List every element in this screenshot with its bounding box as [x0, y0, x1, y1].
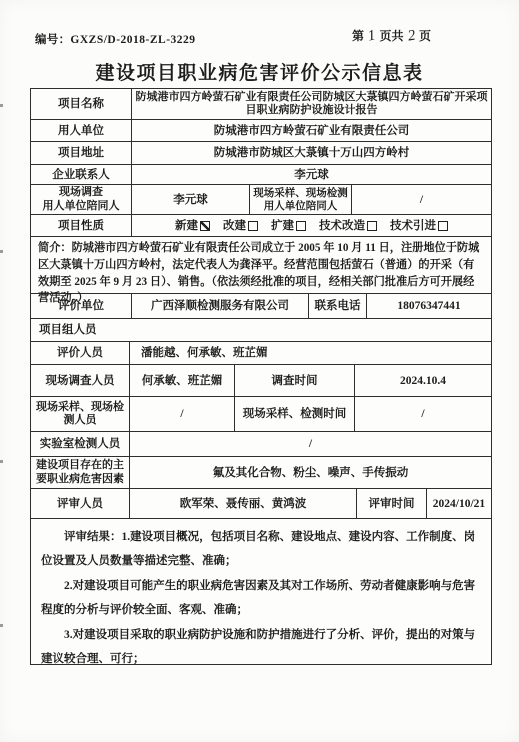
project-address-label: 项目地址	[31, 142, 131, 164]
scan-speck	[0, 460, 3, 463]
row-evaluators: 评价人员 潘能越、何承敏、班芷媚	[31, 341, 491, 364]
sampling-escort-value: /	[351, 185, 491, 214]
lab-staff-value: /	[129, 432, 491, 456]
nature-option-rebuild-label: 改建	[223, 219, 246, 233]
project-address-value: 防城港市防城区大菉镇十万山四方岭村	[131, 142, 491, 164]
eval-org-label: 评价单位	[31, 294, 131, 318]
project-name-label: 项目名称	[31, 89, 131, 119]
survey-time-label: 调查时间	[234, 365, 354, 396]
sampling-staff-label: 现场采样、现场检 测人员	[31, 397, 129, 431]
survey-time-value: 2024.10.4	[354, 365, 491, 396]
company-intro-text: 简介：防城港市四方岭萤石矿业有限责任公司成立于 2005 年 10 月 11 日…	[31, 237, 491, 293]
nature-option-new-label: 新建	[175, 219, 198, 233]
survey-escort-value: 李元球	[131, 185, 249, 214]
page-current-handwritten: 1	[367, 27, 377, 45]
review-result-para2: 2.对建设项目可能产生的职业病危害因素及其对工作场所、劳动者健康影响与危害程度的…	[41, 574, 481, 622]
page-middle: 页共	[380, 29, 404, 43]
nature-checkbox-tech-renovation	[367, 221, 377, 231]
row-sampling-staff: 现场采样、现场检 测人员 / 现场采样、检测时间 /	[31, 396, 491, 431]
info-table: 项目名称 防城港市四方岭萤石矿业有限责任公司防城区大菉镇四方岭萤石矿开采项目职业…	[30, 88, 492, 665]
page-total-handwritten: 2	[406, 27, 416, 45]
row-team-header: 项目组人员	[31, 318, 491, 341]
row-intro: 简介：防城港市四方岭萤石矿业有限责任公司成立于 2005 年 10 月 11 日…	[31, 236, 491, 293]
company-contact-label: 企业联系人	[31, 165, 131, 184]
document-number: 编号：GXZS/D-2018-ZL-3229	[35, 31, 196, 47]
nature-option-expand-label: 扩建	[271, 219, 294, 233]
phone-label: 联系电话	[308, 294, 366, 318]
project-name-value: 防城港市四方岭萤石矿业有限责任公司防城区大菉镇四方岭萤石矿开采项目职业病防护设施…	[131, 89, 491, 119]
nature-option-rebuild: 改建	[223, 219, 258, 233]
nature-checkbox-rebuild	[248, 221, 258, 231]
employer-label: 用人单位	[31, 120, 131, 141]
company-contact-value: 李元球	[131, 165, 491, 184]
review-time-value: 2024/10/21	[426, 489, 491, 518]
row-project-address: 项目地址 防城港市防城区大菉镇十万山四方岭村	[31, 141, 491, 164]
hazards-value: 氟及其化合物、粉尘、噪声、手传振动	[129, 457, 491, 488]
eval-org-value: 广西泽顺检测服务有限公司	[131, 294, 308, 318]
hazards-label: 建设项目存在的主 要职业病危害因素	[31, 457, 129, 488]
sampling-staff-value: /	[129, 397, 234, 431]
nature-option-tech-renovation-label: 技术改造	[319, 219, 365, 233]
project-nature-label: 项目性质	[31, 215, 131, 236]
review-time-label: 评审时间	[356, 489, 426, 518]
sampling-escort-label: 现场采样、现场检测 用人单位陪同人	[249, 185, 351, 214]
row-survey-staff: 现场调查人员 何承敏、班芷媚 调查时间 2024.10.4	[31, 364, 491, 396]
review-staff-label: 评审人员	[31, 489, 129, 518]
nature-option-tech-import: 技术引进	[390, 219, 448, 233]
survey-staff-value: 何承敏、班芷媚	[129, 365, 234, 396]
nature-checkbox-tech-import	[438, 221, 448, 231]
review-result-para3: 3.对建设项目采取的职业病防护设施和防护措施进行了分析、评价，提出的对策与建议较…	[41, 623, 481, 671]
nature-checkbox-expand	[296, 221, 306, 231]
row-review-result: 评审结果：1.建设项目概况，包括项目名称、建设地点、建设内容、工作制度、岗位设置…	[31, 518, 491, 664]
row-lab-staff: 实验室检测人员 /	[31, 431, 491, 456]
review-result-text: 评审结果：1.建设项目概况，包括项目名称、建设地点、建设内容、工作制度、岗位设置…	[31, 519, 491, 664]
survey-escort-label: 现场调查 用人单位陪同人	[31, 185, 131, 214]
row-employer: 用人单位 防城港市四方岭萤石矿业有限责任公司	[31, 119, 491, 141]
scanned-document-page: 编号：GXZS/D-2018-ZL-3229 第1页共2页 建设项目职业病危害评…	[0, 0, 519, 742]
evaluators-value: 潘能越、何承敏、班芷媚	[129, 342, 491, 364]
nature-option-new: 新建	[175, 219, 210, 233]
sampling-time-value: /	[354, 397, 491, 431]
project-nature-options: 新建 改建 扩建 技术改造 技术引进	[131, 215, 491, 236]
review-staff-value: 欧军荣、聂传丽、黄鸿波	[129, 489, 356, 518]
nature-option-tech-import-label: 技术引进	[390, 219, 436, 233]
row-hazards: 建设项目存在的主 要职业病危害因素 氟及其化合物、粉尘、噪声、手传振动	[31, 456, 491, 488]
row-review-staff: 评审人员 欧军荣、聂传丽、黄鸿波 评审时间 2024/10/21	[31, 488, 491, 518]
scan-speck	[0, 624, 3, 627]
employer-value: 防城港市四方岭萤石矿业有限责任公司	[131, 120, 491, 141]
document-number-label: 编号：	[35, 34, 70, 46]
review-result-para1: 评审结果：1.建设项目概况，包括项目名称、建设地点、建设内容、工作制度、岗位设置…	[41, 525, 481, 573]
page-title: 建设项目职业病危害评价公示信息表	[0, 58, 519, 85]
nature-checkbox-new	[200, 221, 210, 231]
document-number-value: GXZS/D-2018-ZL-3229	[70, 34, 195, 46]
page-suffix: 页	[419, 29, 431, 43]
team-header-label: 项目组人员	[31, 319, 491, 341]
row-project-name: 项目名称 防城港市四方岭萤石矿业有限责任公司防城区大菉镇四方岭萤石矿开采项目职业…	[31, 89, 491, 119]
nature-option-tech-renovation: 技术改造	[319, 219, 377, 233]
lab-staff-label: 实验室检测人员	[31, 432, 129, 456]
evaluators-label: 评价人员	[31, 342, 129, 364]
nature-option-expand: 扩建	[271, 219, 306, 233]
phone-value: 18076347441	[366, 294, 491, 318]
survey-staff-label: 现场调查人员	[31, 365, 129, 396]
page-prefix: 第	[352, 29, 364, 43]
scan-speck	[0, 250, 3, 253]
row-project-nature: 项目性质 新建 改建 扩建 技术改造 技术引进	[31, 214, 491, 236]
row-company-contact: 企业联系人 李元球	[31, 164, 491, 184]
row-site-escort: 现场调查 用人单位陪同人 李元球 现场采样、现场检测 用人单位陪同人 /	[31, 184, 491, 214]
sampling-time-label: 现场采样、检测时间	[234, 397, 354, 431]
row-eval-org: 评价单位 广西泽顺检测服务有限公司 联系电话 18076347441	[31, 293, 491, 318]
page-number-info: 第1页共2页	[352, 27, 431, 45]
scan-speck	[0, 104, 3, 107]
